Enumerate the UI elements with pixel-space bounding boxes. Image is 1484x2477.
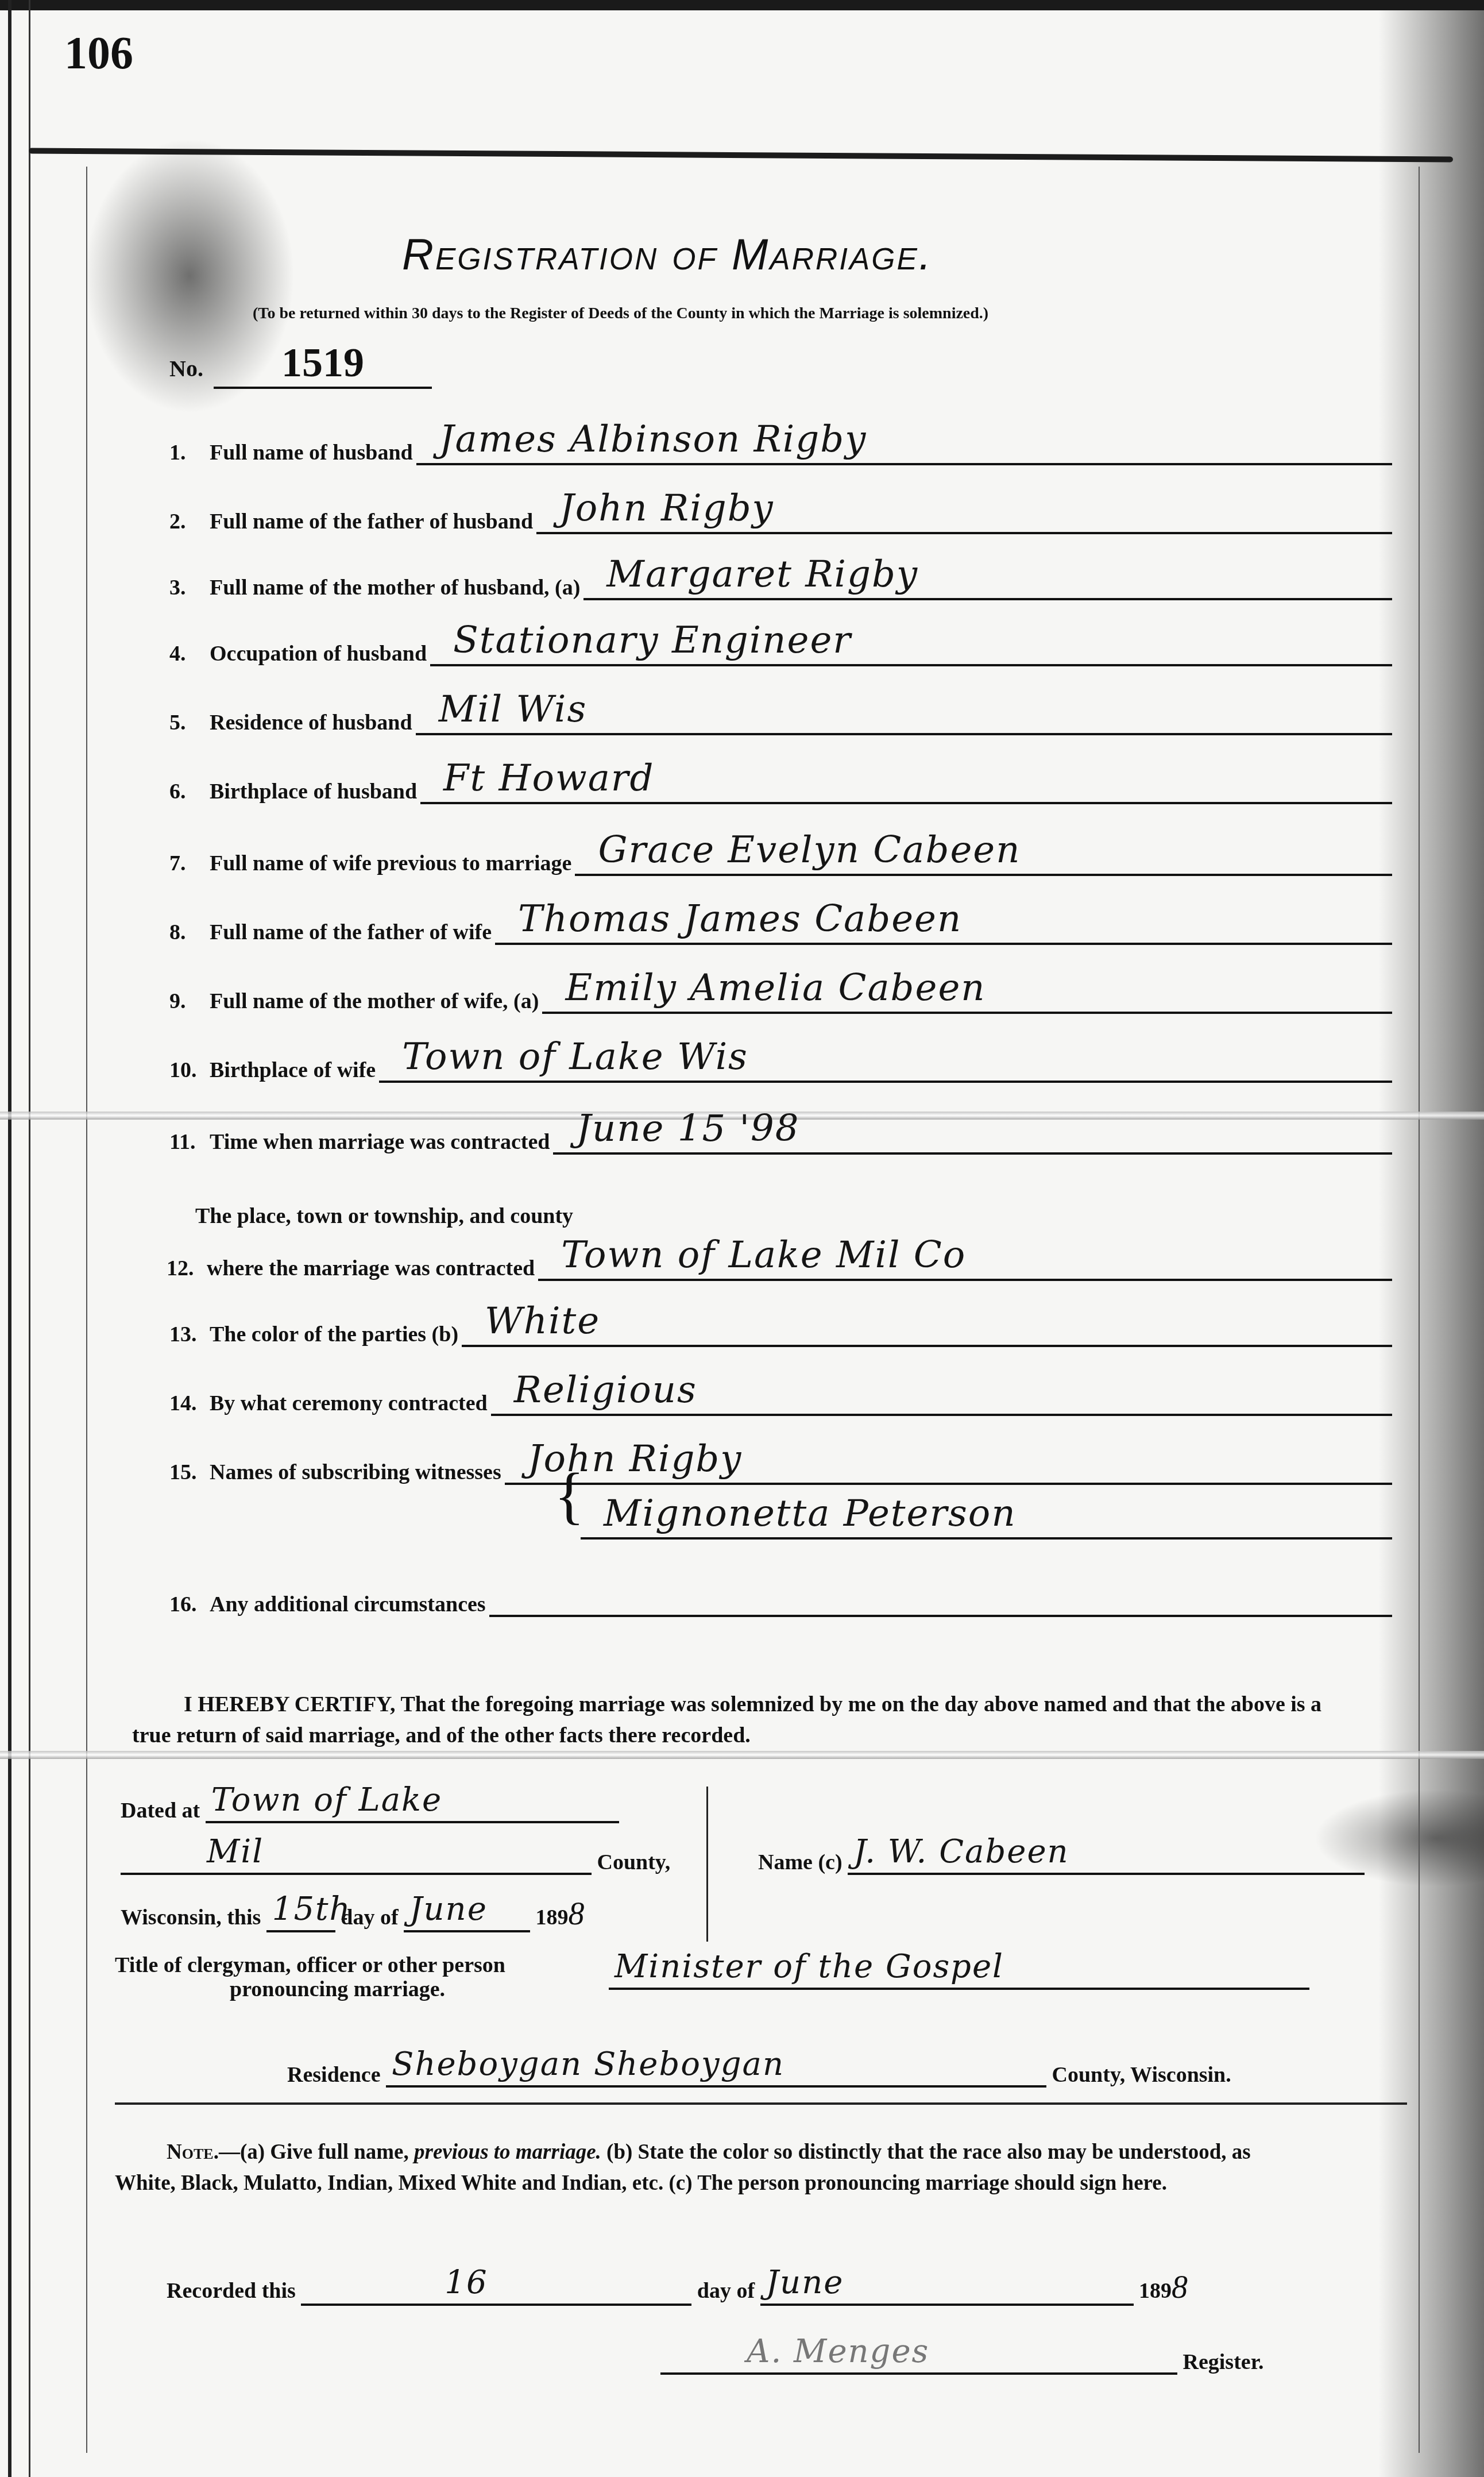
form-field-row: Mignonetta Peterson [577, 1499, 1392, 1540]
field-value: Town of Lake Mil Co [561, 1234, 966, 1276]
record-number: No. 1519 [169, 339, 432, 389]
form-border-right [1419, 167, 1420, 2453]
field-number: 11. [169, 1129, 210, 1155]
officiant-title-label-2: pronouncing marriage. [115, 1977, 505, 2001]
officiant-title-field: Title of clergyman, officer or other per… [115, 1953, 505, 2001]
field-number: 6. [169, 779, 210, 804]
field-value: John Rigby [559, 487, 774, 530]
form-field-row: 13.The color of the parties (b)White [169, 1307, 1392, 1347]
recorded-day-of-label: day of [697, 2279, 755, 2303]
form-field-row: 5.Residence of husbandMil Wis [169, 695, 1392, 735]
officiant-name-label: Name (c) [758, 1850, 843, 1874]
field-number: 4. [169, 641, 210, 666]
certification-statement: I HEREBY CERTIFY, That the foregoing mar… [132, 1689, 1332, 1751]
field-number: 3. [169, 575, 210, 600]
register-signature: A. Menges [747, 2333, 929, 2370]
field-number: 7. [169, 851, 210, 876]
field-number: 12. [167, 1256, 207, 1281]
field-line: Town of Lake Wis [379, 1040, 1392, 1083]
officiant-name-field: Name (c) J. W. Cabeen [758, 1838, 1365, 1875]
register-field: A. Menges Register. [660, 2338, 1264, 2375]
field-number: 10. [169, 1058, 210, 1083]
record-number-value: 1519 [214, 339, 432, 389]
county-field: Mil County, [121, 1838, 670, 1875]
field-number: 16. [169, 1592, 210, 1617]
officiant-title-value: Minister of the Gospel [615, 1948, 1004, 1985]
form-field-row: 15.Names of subscribing witnessesJohn Ri… [169, 1445, 1392, 1485]
field-line: Emily Amelia Cabeen [542, 971, 1392, 1014]
form-field-row: 3.Full name of the mother of husband, (a… [169, 560, 1392, 600]
form-field-row: 14.By what ceremony contractedReligious [169, 1376, 1392, 1416]
note-lead: Note. [167, 2140, 219, 2164]
field-label: The color of the parties (b) [210, 1322, 458, 1347]
field-value: James Albinson Rigby [439, 418, 867, 461]
form-field-row: 16.Any additional circumstances [169, 1577, 1392, 1617]
field-value: Religious [514, 1369, 697, 1411]
field-label: Residence of husband [210, 710, 412, 735]
form-field-row: 10.Birthplace of wifeTown of Lake Wis [169, 1043, 1392, 1083]
field-line [489, 1575, 1392, 1617]
officiant-title-label: Title of clergyman, officer or other per… [115, 1953, 505, 1977]
field-line: John Rigby [505, 1442, 1392, 1485]
field-value: Thomas James Cabeen [518, 898, 962, 940]
field-value: Ft Howard [443, 757, 654, 800]
field-line: Mignonetta Peterson [581, 1497, 1392, 1540]
form-subtitle: (To be returned within 30 days to the Re… [253, 304, 988, 323]
dated-at-value: Town of Lake [211, 1781, 442, 1819]
field-line: White [462, 1305, 1392, 1347]
field-line: Thomas James Cabeen [495, 902, 1392, 945]
field-number: 9. [169, 989, 210, 1014]
header-rule [29, 148, 1453, 162]
field-label: Names of subscribing witnesses [210, 1460, 501, 1485]
binding-rule-inner [29, 0, 30, 2477]
dated-at-field: Dated at Town of Lake [121, 1787, 619, 1823]
section-divider [115, 2102, 1407, 2105]
field-label: Full name of the mother of wife, (a) [210, 989, 539, 1014]
form-field-row: 9.Full name of the mother of wife, (a)Em… [169, 974, 1392, 1014]
document-page: 106 Registration of Marriage. (To be ret… [0, 0, 1484, 2477]
field-value: Mil Wis [439, 688, 588, 731]
field-label: Birthplace of wife [210, 1058, 376, 1083]
county-value: Mil [207, 1833, 264, 1870]
witness-brace: { [554, 1459, 585, 1532]
residence-value: Sheboygan Sheboygan [392, 2046, 784, 2083]
field-value: White [485, 1300, 600, 1342]
officiant-name-value: J. W. Cabeen [853, 1833, 1069, 1870]
recorded-year-prefix: 189 [1139, 2279, 1172, 2303]
form-field-row: 6.Birthplace of husbandFt Howard [169, 764, 1392, 804]
residence-suffix: County, Wisconsin. [1052, 2063, 1231, 2087]
field-label: Full name of the father of husband [210, 509, 533, 534]
field-label: Full name of the mother of husband, (a) [210, 575, 580, 600]
field-label: By what ceremony contracted [210, 1391, 488, 1416]
top-border [0, 0, 1484, 10]
county-label: County, [597, 1850, 671, 1874]
field-label: where the marriage was contracted [207, 1256, 535, 1281]
field-line: John Rigby [536, 492, 1392, 534]
recorded-day: 16 [445, 2264, 488, 2301]
recorded-field: Recorded this 16 day of June 1898 [167, 2269, 1188, 2306]
form-field-row: 4.Occupation of husbandStationary Engine… [169, 626, 1392, 666]
field-label: Full name of wife previous to marriage [210, 851, 571, 876]
form-border-left [86, 167, 87, 2453]
year-suffix: 8 [569, 1896, 585, 1932]
recorded-month: June [766, 2264, 844, 2301]
officiant-residence-field: Residence Sheboygan Sheboygan County, Wi… [287, 2051, 1231, 2088]
field-value: Town of Lake Wis [402, 1036, 748, 1078]
field-label: Time when marriage was contracted [210, 1129, 550, 1155]
field-line: Religious [491, 1373, 1392, 1416]
field-label: Birthplace of husband [210, 779, 417, 804]
fold-line [0, 1751, 1484, 1759]
field-value: Mignonetta Peterson [604, 1492, 1017, 1535]
note-a-emphasis: previous to marriage. [414, 2140, 601, 2164]
field-line: Ft Howard [420, 762, 1392, 804]
certify-lead: I HEREBY CERTIFY, [184, 1692, 396, 1716]
field-label: Full name of husband [210, 440, 413, 465]
field-line: Mil Wis [416, 693, 1392, 735]
record-number-label: No. [169, 356, 203, 381]
field-number: 8. [169, 920, 210, 945]
year-prefix: 189 [536, 1905, 569, 1930]
form-field-row: 8.Full name of the father of wifeThomas … [169, 905, 1392, 945]
field-value: June 15 '98 [576, 1108, 799, 1150]
field-line: Grace Evelyn Cabeen [575, 834, 1392, 876]
field-12-prefix: The place, town or township, and county [195, 1203, 573, 1229]
field-number: 2. [169, 509, 210, 534]
form-field-row: 7.Full name of wife previous to marriage… [169, 836, 1392, 876]
field-label: Full name of the father of wife [210, 920, 492, 945]
wisconsin-this-label: Wisconsin, this [121, 1905, 261, 1930]
date-field: Wisconsin, this 15th day of June 1898 [121, 1896, 585, 1932]
field-value: Margaret Rigby [606, 553, 918, 596]
field-number: 13. [169, 1322, 210, 1347]
field-value: Grace Evelyn Cabeen [598, 829, 1021, 871]
field-value: Stationary Engineer [453, 619, 852, 662]
field-value: Emily Amelia Cabeen [565, 967, 986, 1009]
form-field-row: 2.Full name of the father of husbandJohn… [169, 494, 1392, 534]
field-number: 15. [169, 1460, 210, 1485]
form-field-row: 1.Full name of husbandJames Albinson Rig… [169, 425, 1392, 465]
recorded-label: Recorded this [167, 2279, 296, 2303]
field-number: 14. [169, 1391, 210, 1416]
field-line: James Albinson Rigby [416, 423, 1392, 465]
field-number: 1. [169, 440, 210, 465]
officiant-title-line: Minister of the Gospel [609, 1953, 1309, 1990]
field-line: Town of Lake Mil Co [538, 1238, 1392, 1281]
binding-rule [8, 0, 11, 2477]
form-title: Registration of Marriage. [402, 230, 933, 280]
form-field-row: 12.where the marriage was contractedTown… [167, 1241, 1392, 1281]
month-value: June [409, 1890, 488, 1928]
note-a: —(a) Give full name, [219, 2140, 409, 2164]
day-value: 15th [272, 1890, 351, 1928]
field-number: 5. [169, 710, 210, 735]
field-line: Margaret Rigby [583, 558, 1392, 600]
residence-label: Residence [287, 2063, 381, 2087]
recorded-year-suffix: 8 [1172, 2270, 1188, 2305]
field-line: Stationary Engineer [430, 624, 1392, 666]
register-label: Register. [1183, 2350, 1264, 2374]
field-label: Occupation of husband [210, 641, 427, 666]
field-label: Any additional circumstances [210, 1592, 486, 1617]
page-number: 106 [64, 28, 133, 80]
form-field-row: 11.Time when marriage was contractedJune… [169, 1114, 1392, 1155]
field-line: June 15 '98 [553, 1112, 1392, 1155]
form-note: Note.—(a) Give full name, previous to ma… [115, 2137, 1309, 2199]
dated-at-label: Dated at [121, 1799, 200, 1823]
certificate-divider [706, 1787, 708, 1942]
